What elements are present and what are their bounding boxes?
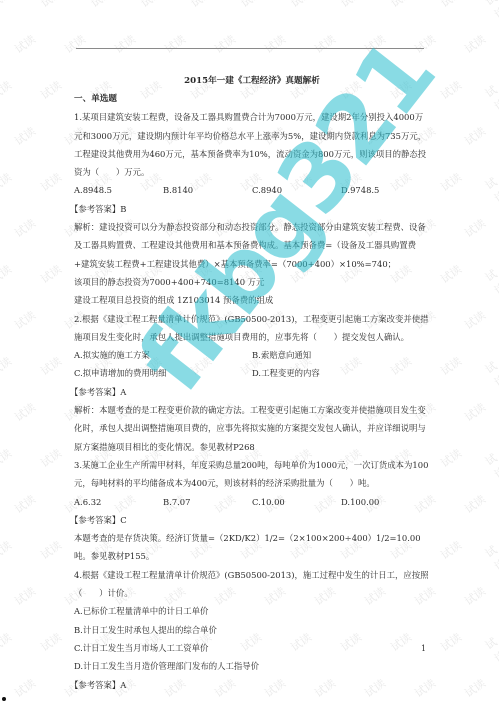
- question-2-options-row2: C.拟申请增加的费用明细 D.工程变更的内容: [74, 364, 430, 382]
- option-b: B.计日工发生时承包人提出的综合单价: [74, 621, 430, 639]
- watermark-tile: 试读: [11, 123, 38, 149]
- watermark-tile: 试读: [37, 169, 64, 195]
- watermark-tile: 试读: [0, 261, 15, 287]
- watermark-tile: 试读: [61, 31, 88, 57]
- watermark-tile: 试读: [187, 0, 214, 11]
- watermark-tile: 试读: [437, 261, 464, 287]
- watermark-tile: 试读: [461, 307, 488, 333]
- watermark-tile: 试读: [0, 537, 15, 563]
- watermark-tile: 试读: [37, 445, 64, 471]
- question-3-options: A.6.32 B.7.07 C.10.00 D.100.00: [74, 493, 430, 511]
- document-title: 2015年一建《工程经济》真题解析: [74, 72, 430, 90]
- watermark-tile: 试读: [11, 215, 38, 241]
- option-a: A.6.32: [74, 493, 163, 511]
- watermark-tile: 试读: [437, 0, 464, 11]
- watermark-tile: 试读: [461, 583, 488, 609]
- page-number: 1: [421, 644, 426, 653]
- question-1-options: A.8948.5 B.8140 C.8940 D.9748.5: [74, 181, 430, 199]
- watermark-tile: 试读: [0, 445, 15, 471]
- watermark-tile: 试读: [461, 215, 488, 241]
- watermark-tile: 试读: [0, 353, 15, 379]
- watermark-tile: 试读: [482, 634, 499, 667]
- option-a: A.拟实施的施工方案: [74, 346, 252, 364]
- watermark-tile: 试读: [11, 399, 38, 425]
- watermark-tile: 试读: [261, 31, 288, 57]
- watermark-tile: 试读: [137, 0, 164, 11]
- watermark-tile: 试读: [11, 31, 38, 57]
- question-1-stem: 1.某项目建筑安装工程费，设备及工器具购置费合计为7000万元，建设期2年分别投…: [74, 108, 430, 181]
- question-3-analysis: 本题考查的是存货决策。经济订货量=（2KD/K2）1/2=（2×100×200÷…: [74, 529, 430, 566]
- section-heading: 一、单选题: [74, 90, 430, 108]
- watermark-tile: 试读: [387, 0, 414, 11]
- watermark-tile: 试读: [461, 491, 488, 517]
- watermark-tile: 试读: [461, 31, 488, 57]
- option-c: C.8940: [252, 181, 341, 199]
- question-4-answer: 【参考答案】A: [70, 676, 430, 694]
- question-3-answer: 【参考答案】C: [70, 511, 430, 529]
- watermark-tile: 试读: [482, 174, 499, 207]
- watermark-tile: 试读: [0, 77, 15, 103]
- watermark-tile: 试读: [437, 445, 464, 471]
- watermark-tile: 试读: [461, 123, 488, 149]
- question-1-analysis: 解析：建设投资可以分为静态投资部分和动态投资部分。静态投资部分由建筑安装工程费、…: [74, 218, 430, 273]
- option-c: C.10.00: [252, 493, 341, 511]
- option-c: C.计日工发生当月市场人工工资单价: [74, 639, 430, 657]
- option-c: C.拟申请增加的费用明细: [74, 364, 252, 382]
- watermark-tile: 试读: [482, 266, 499, 299]
- watermark-tile: 试读: [311, 31, 338, 57]
- watermark-tile: 试读: [37, 353, 64, 379]
- header-rule: [76, 48, 424, 49]
- watermark-tile: 试读: [437, 353, 464, 379]
- option-a: A.8948.5: [74, 181, 163, 199]
- watermark-tile: 试读: [37, 77, 64, 103]
- watermark-tile: 试读: [161, 31, 188, 57]
- watermark-tile: 试读: [0, 0, 15, 11]
- watermark-tile: 试读: [361, 31, 388, 57]
- watermark-tile: 试读: [482, 358, 499, 391]
- watermark-tile: 试读: [0, 629, 15, 655]
- watermark-tile: 试读: [0, 169, 15, 195]
- question-4-stem: 4.根据《建设工程工程量清单计价规范》(GB50500-2013)，施工过程中发…: [74, 566, 430, 603]
- watermark-tile: 试读: [11, 307, 38, 333]
- watermark-tile: 试读: [37, 629, 64, 655]
- question-2-answer: 【参考答案】A: [70, 383, 430, 401]
- option-b: B.8140: [163, 181, 252, 199]
- watermark-tile: 试读: [111, 31, 138, 57]
- watermark-tile: 试读: [482, 82, 499, 115]
- watermark-tile: 试读: [237, 0, 264, 11]
- watermark-tile: 试读: [437, 537, 464, 563]
- watermark-tile: 试读: [37, 0, 64, 11]
- document-page: 2015年一建《工程经济》真题解析 一、单选题 1.某项目建筑安装工程费，设备及…: [74, 72, 430, 694]
- option-d: D.100.00: [341, 493, 430, 511]
- option-d: D.9748.5: [341, 181, 430, 199]
- watermark-tile: 试读: [287, 0, 314, 11]
- question-2-analysis: 解析：本题考查的是工程变更价款的确定方法。工程变更引起施工方案改变并使措施项目发…: [74, 401, 430, 456]
- watermark-tile: 试读: [11, 675, 38, 701]
- option-b: B.7.07: [163, 493, 252, 511]
- watermark-tile: 试读: [461, 675, 488, 701]
- watermark-tile: 试读: [337, 0, 364, 11]
- watermark-tile: 试读: [461, 399, 488, 425]
- option-d: D.工程变更的内容: [252, 364, 430, 382]
- question-1-analysis-ref: 建设工程项目总投资的组成 1Z103014 预备费的组成: [74, 291, 430, 309]
- question-1-answer: 【参考答案】B: [70, 200, 430, 218]
- watermark-tile: 试读: [37, 261, 64, 287]
- watermark-tile: 试读: [482, 450, 499, 483]
- option-a: A.已标价工程量清单中的计日工单价: [74, 602, 430, 620]
- watermark-tile: 试读: [11, 583, 38, 609]
- option-d: D.计日工发生当月造价管理部门发布的人工指导价: [74, 657, 430, 675]
- watermark-tile: 试读: [87, 0, 114, 11]
- bullet-dot: [2, 697, 6, 701]
- option-b: B.索赔意向通知: [252, 346, 430, 364]
- question-1-analysis-total: 该项目的静态投资为7000+400+740=8140 万元: [74, 273, 430, 291]
- watermark-tile: 试读: [482, 0, 499, 22]
- watermark-tile: 试读: [482, 542, 499, 575]
- watermark-tile: 试读: [37, 537, 64, 563]
- watermark-tile: 试读: [437, 629, 464, 655]
- question-2-stem: 2.根据《建设工程工程量清单计价规范》(GB50500-2013)，工程变更引起…: [74, 310, 430, 347]
- watermark-tile: 试读: [11, 491, 38, 517]
- watermark-tile: 试读: [211, 31, 238, 57]
- question-3-stem: 3.某施工企业生产所需甲材料，年度采购总量200吨，每吨单价为1000元，一次订…: [74, 456, 430, 493]
- watermark-tile: 试读: [411, 31, 438, 57]
- watermark-tile: 试读: [437, 169, 464, 195]
- question-2-options-row1: A.拟实施的施工方案 B.索赔意向通知: [74, 346, 430, 364]
- watermark-tile: 试读: [437, 77, 464, 103]
